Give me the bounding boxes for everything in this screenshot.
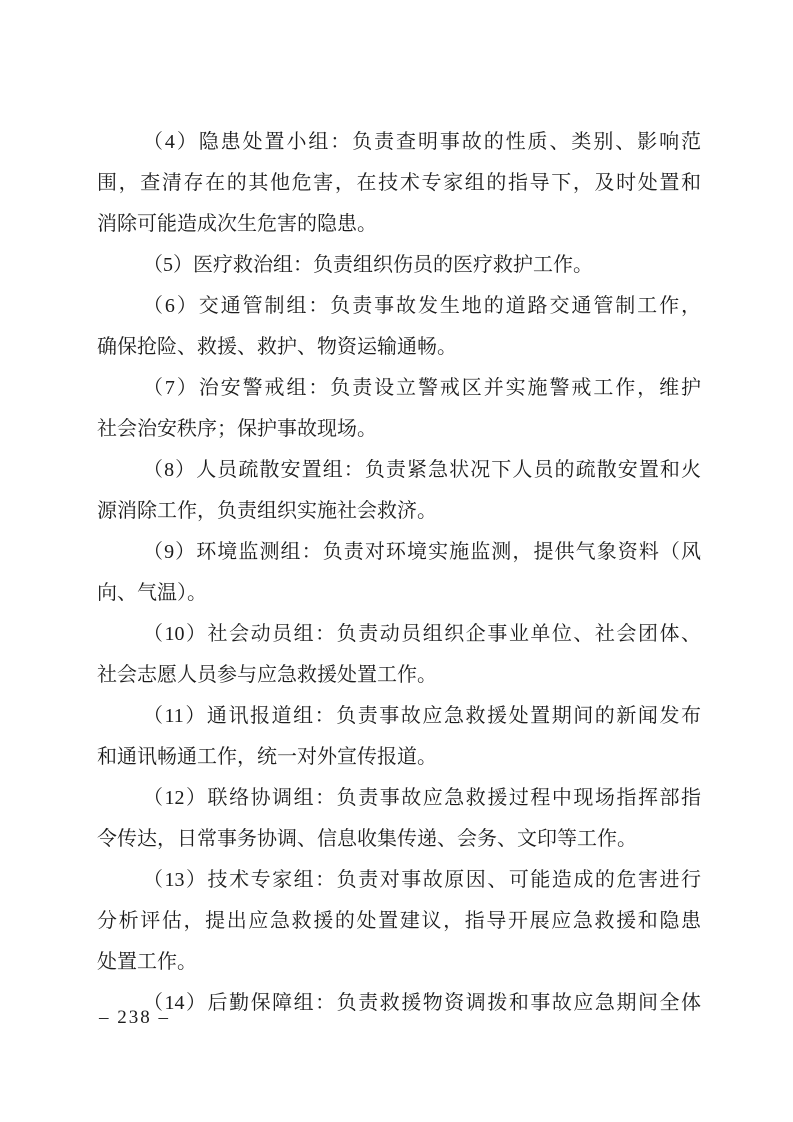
paragraph-line: （12）联络协调组：负责事故应急救援过程中现场指挥部指 xyxy=(97,778,701,819)
document-body: （4）隐患处置小组：负责查明事故的性质、类别、影响范 围，查清存在的其他危害，在… xyxy=(97,122,701,1024)
paragraph-line: 围，查清存在的其他危害，在技术专家组的指导下，及时处置和 xyxy=(97,163,701,204)
paragraph-line: 社会治安秩序；保护事故现场。 xyxy=(97,409,701,450)
paragraph-line: （5）医疗救治组：负责组织伤员的医疗救护工作。 xyxy=(97,245,701,286)
paragraph-line: （14）后勤保障组：负责救援物资调拨和事故应急期间全体 xyxy=(97,983,701,1024)
paragraph-line: （9）环境监测组：负责对环境实施监测，提供气象资料（风 xyxy=(97,532,701,573)
paragraph-line: （6）交通管制组：负责事故发生地的道路交通管制工作， xyxy=(97,286,701,327)
paragraph-line: 令传达，日常事务协调、信息收集传递、会务、文印等工作。 xyxy=(97,819,701,860)
paragraph-line: 消除可能造成次生危害的隐患。 xyxy=(97,204,701,245)
paragraph-line: （10）社会动员组：负责动员组织企事业单位、社会团体、 xyxy=(97,614,701,655)
paragraph-line: （8）人员疏散安置组：负责紧急状况下人员的疏散安置和火 xyxy=(97,450,701,491)
page-number: – 238 – xyxy=(99,1005,170,1031)
paragraph-line: 分析评估，提出应急救援的处置建议，指导开展应急救援和隐患 xyxy=(97,901,701,942)
paragraph-line: 源消除工作，负责组织实施社会救济。 xyxy=(97,491,701,532)
paragraph-line: （4）隐患处置小组：负责查明事故的性质、类别、影响范 xyxy=(97,122,701,163)
paragraph-line: （11）通讯报道组：负责事故应急救援处置期间的新闻发布 xyxy=(97,696,701,737)
paragraph-line: 确保抢险、救援、救护、物资运输通畅。 xyxy=(97,327,701,368)
paragraph-line: 社会志愿人员参与应急救援处置工作。 xyxy=(97,655,701,696)
paragraph-line: （7）治安警戒组：负责设立警戒区并实施警戒工作，维护 xyxy=(97,368,701,409)
paragraph-line: 处置工作。 xyxy=(97,942,701,983)
paragraph-line: （13）技术专家组：负责对事故原因、可能造成的危害进行 xyxy=(97,860,701,901)
paragraph-line: 和通讯畅通工作，统一对外宣传报道。 xyxy=(97,737,701,778)
document-page: （4）隐患处置小组：负责查明事故的性质、类别、影响范 围，查清存在的其他危害，在… xyxy=(0,0,793,1122)
paragraph-line: 向、气温）。 xyxy=(97,573,701,614)
